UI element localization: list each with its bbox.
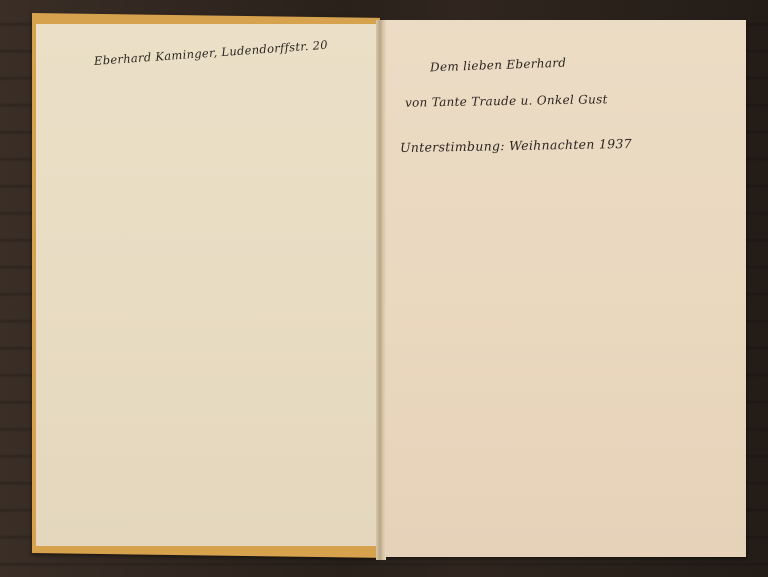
book-gutter: [376, 20, 386, 560]
left-endpaper: [36, 24, 378, 546]
